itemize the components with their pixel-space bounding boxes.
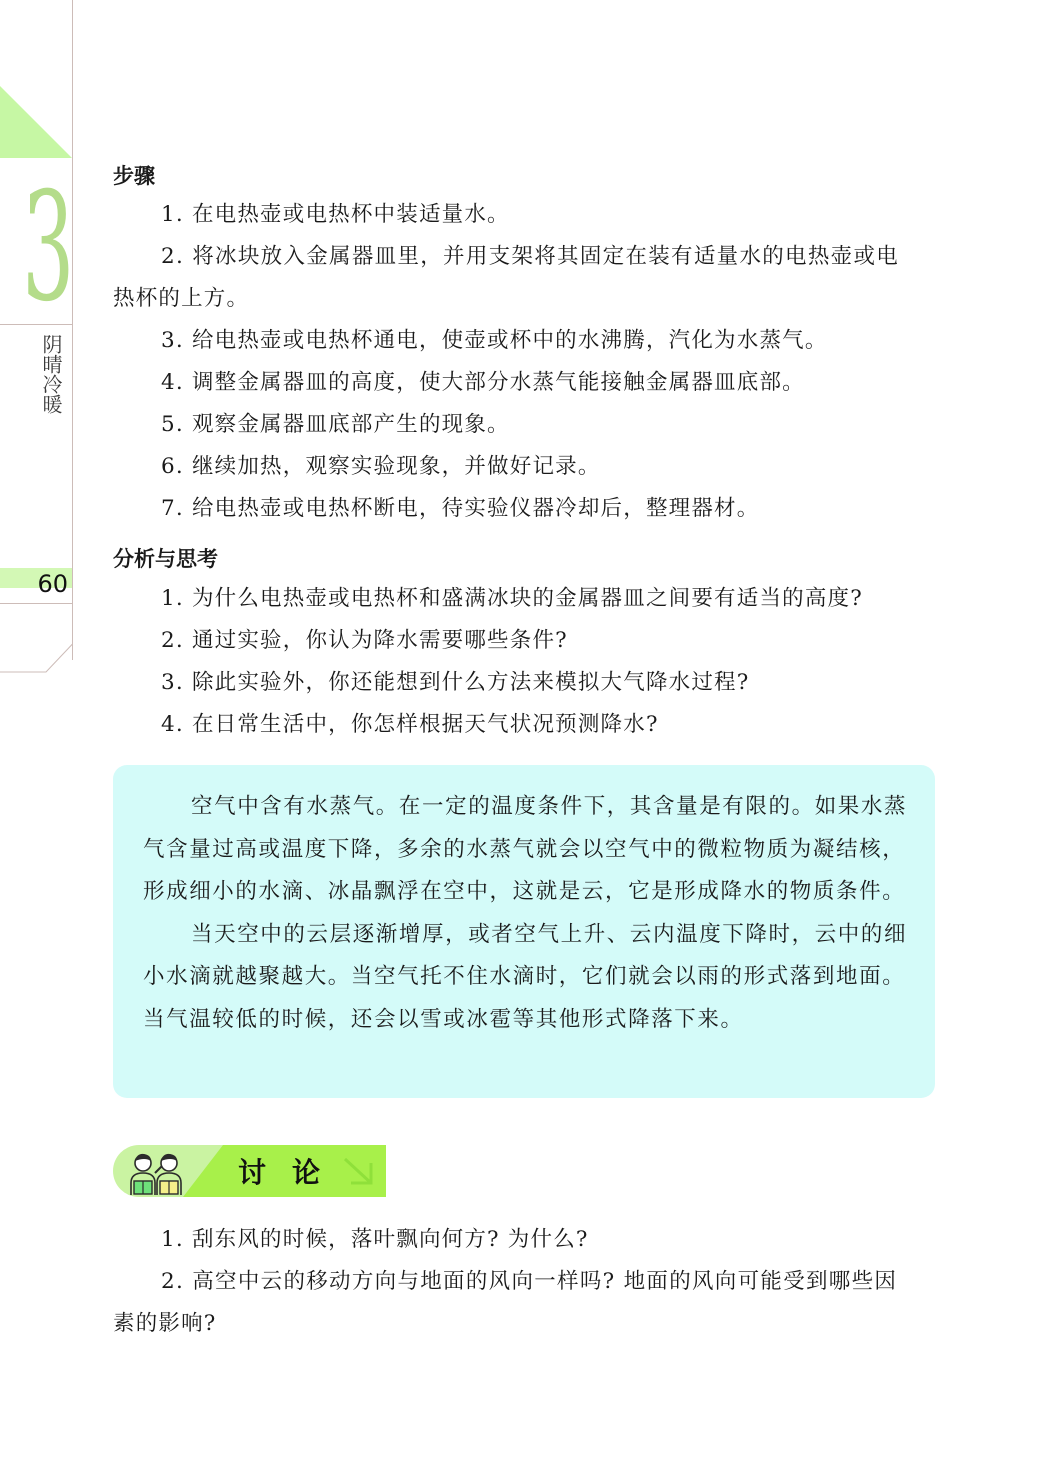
discussion-item-continuation: 素的影响? (113, 1303, 943, 1345)
step-item: 1. 在电热壶或电热杯中装适量水。 (113, 194, 943, 236)
chapter-number: 3 (22, 178, 50, 318)
sidebar-corner-outline (0, 600, 74, 676)
step-item: 5. 观察金属器皿底部产生的现象。 (113, 404, 943, 446)
analysis-item: 2. 通过实验，你认为降水需要哪些条件? (113, 620, 943, 662)
analysis-item: 1. 为什么电热壶或电热杯和盛满冰块的金属器皿之间要有适当的高度? (113, 578, 943, 620)
step-item-continuation: 热杯的上方。 (113, 278, 943, 320)
discussion-item: 2. 高空中云的移动方向与地面的风向一样吗? 地面的风向可能受到哪些因 (113, 1261, 943, 1303)
info-paragraph: 当天空中的云层逐渐增厚，或者空气上升、云内温度下降时，云中的细小水滴就越聚越大。… (143, 914, 913, 1042)
discussion-list: 1. 刮东风的时候，落叶飘向何方? 为什么? 2. 高空中云的移动方向与地面的风… (113, 1219, 943, 1345)
two-students-reading-icon (125, 1149, 189, 1197)
chapter-tab-triangle (0, 86, 72, 158)
sidebar-divider (0, 324, 72, 325)
step-item: 7. 给电热壶或电热杯断电，待实验仪器冷却后，整理器材。 (113, 488, 943, 530)
steps-heading: 步骤 (113, 160, 155, 190)
discussion-item: 1. 刮东风的时候，落叶飘向何方? 为什么? (113, 1219, 943, 1261)
discussion-banner: 讨论 (113, 1145, 386, 1197)
info-box-text: 空气中含有水蒸气。在一定的温度条件下，其含量是有限的。如果水蒸气含量过高或温度下… (143, 786, 913, 1041)
discussion-title: 讨论 (238, 1151, 346, 1191)
step-item: 4. 调整金属器皿的高度，使大部分水蒸气能接触金属器皿底部。 (113, 362, 943, 404)
steps-list: 1. 在电热壶或电热杯中装适量水。 2. 将冰块放入金属器皿里，并用支架将其固定… (113, 194, 943, 530)
analysis-item: 3. 除此实验外，你还能想到什么方法来模拟大气降水过程? (113, 662, 943, 704)
arrow-down-right-icon (341, 1155, 377, 1189)
page-number: 60 (28, 570, 68, 598)
analysis-heading: 分析与思考 (113, 543, 218, 573)
step-item: 3. 给电热壶或电热杯通电，使壶或杯中的水沸腾，汽化为水蒸气。 (113, 320, 943, 362)
chapter-title: 阴晴冷暖 (38, 334, 62, 414)
analysis-list: 1. 为什么电热壶或电热杯和盛满冰块的金属器皿之间要有适当的高度? 2. 通过实… (113, 578, 943, 746)
analysis-item: 4. 在日常生活中，你怎样根据天气状况预测降水? (113, 704, 943, 746)
info-paragraph: 空气中含有水蒸气。在一定的温度条件下，其含量是有限的。如果水蒸气含量过高或温度下… (143, 786, 913, 914)
step-item: 2. 将冰块放入金属器皿里，并用支架将其固定在装有适量水的电热壶或电 (113, 236, 943, 278)
step-item: 6. 继续加热，观察实验现象，并做好记录。 (113, 446, 943, 488)
